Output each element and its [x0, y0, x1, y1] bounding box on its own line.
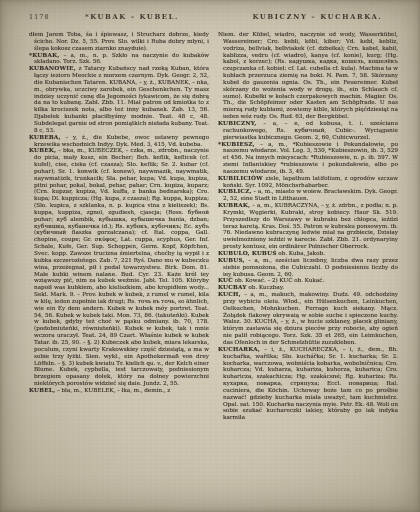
entry-text: – a, m., n. p. Szkło na naczynie do kuba…: [34, 53, 209, 66]
entry-text: Niem. der Kübel, wiadro, naczynie od wod…: [218, 32, 398, 120]
text-column-right: Niem. der Kübel, wiadro, naczynie od wod…: [218, 32, 398, 422]
page-text-block: 1178 *KUBAK – KUBEL. KUBICZNY – KUCHARKA…: [29, 13, 398, 422]
headword: *KUBIESZ,: [218, 142, 255, 148]
dictionary-entry: KUBRAK, – a, m., KUBRACZYNA, – y, ż. zdr…: [218, 203, 398, 251]
entry-text: – y, ż., die Kubebe, owoc ustawny pewneg…: [34, 135, 209, 148]
dictionary-entry: KUCH, – a, m., makuch, makowiny. Dudz. 4…: [218, 292, 398, 347]
entry-text: ob. Kuczbay.: [247, 285, 284, 291]
two-column-text: dłem Jarem Toba, śa i śpiewasz, i Struch…: [29, 32, 398, 422]
entry-text: ob. Kować. – 2) KUĆ ob. Kukać.: [233, 278, 324, 284]
headword: KUBUS,: [218, 258, 245, 264]
headword: KUBRAK,: [218, 203, 250, 209]
headword: KUBILICIÓW: [218, 176, 263, 182]
entry-text: – bka, m., KUBECZEK, – czka, m., zdrobn.…: [34, 148, 209, 387]
dictionary-entry: KUBEBA, – y, ż., die Kubebe, owoc ustawn…: [29, 135, 209, 149]
headword: KUCBAY: [218, 285, 247, 291]
dictionary-entry: Niem. der Kübel, wiadro, naczynie od wod…: [218, 32, 398, 121]
text-column-left: dłem Jarem Toba, śa i śpiewasz, i Struch…: [29, 32, 209, 422]
headword: KUBANOWIE,: [29, 66, 76, 72]
headword: KUBICZNY,: [218, 121, 257, 127]
headword: KUBEK,: [29, 148, 56, 154]
dictionary-entry: KUBLICZ, – a, m., miasto w woiew. Bracła…: [218, 189, 398, 203]
dictionary-entry: KUBUS, – a, m., sześcian liczebny, liczb…: [218, 258, 398, 279]
scanned-dictionary-page: 1178 *KUBAK – KUBEL. KUBICZNY – KUCHARKA…: [0, 0, 420, 512]
headword: KUĆ: [218, 278, 233, 284]
running-head-right: KUBICZNY – KUCHARKA.: [237, 13, 398, 21]
dictionary-entry: *KUBIESZ, – a, m., *Kubieszowie i Pokund…: [218, 142, 398, 176]
headword: KUCHARKA,: [218, 347, 260, 353]
entry-text: – bla, m., KUBELEK, – łka, m., demin., z: [55, 388, 170, 394]
entry-text: – a, m., KUBRACZYNA, – y, ż. zdrbn., z p…: [223, 203, 398, 250]
running-head: 1178 *KUBAK – KUBEL. KUBICZNY – KUCHARKA…: [29, 13, 398, 27]
entry-text: – a, m., makuch, makowiny. Dudz. 49. odc…: [223, 292, 398, 346]
headword: KUBULO, KUBUŚ: [218, 251, 277, 257]
dictionary-entry: KUCHARKA, – i, ż., KUCHARECZKA, – i, ż.,…: [218, 347, 398, 422]
entry-text: – a, m., sześcian liczebny, liczba dwa r…: [223, 258, 398, 278]
dictionary-entry: KUBANOWIE, z Tatarzy Kubańscy nad rzeką …: [29, 66, 209, 134]
running-head-left: *KUBAK – KUBEL.: [57, 13, 207, 21]
dictionary-entry: KUBILICIÓW ziele, lapathum latifolium, z…: [218, 176, 398, 190]
headword: KUBLICZ,: [218, 189, 252, 195]
entry-text: dłem Jarem Toba, śa i śpiewasz, i Struch…: [29, 32, 209, 52]
dictionary-entry: KUBULO, KUBUŚ ob. Kuba, Jakob.: [218, 251, 398, 258]
page-number: 1178: [29, 13, 57, 21]
dictionary-entry: KUBEK, – bka, m., KUBECZEK, – czka, m., …: [29, 148, 209, 388]
entry-text: – i, ż., KUCHARECZKA, – i, ż., dem., Bh.…: [223, 347, 398, 421]
entry-text: z Tatarzy Kubańscy nad rzeką Kuban, któr…: [34, 66, 209, 134]
dictionary-entry: *KUBAK, – a, m., n. p. Szkło na naczynie…: [29, 53, 209, 67]
headword: KUBEL,: [29, 388, 55, 394]
dictionary-entry: KUBICZNY, – a, – e, od kubusa, t. i. sze…: [218, 121, 398, 142]
headword: KUBEBA,: [29, 135, 61, 141]
dictionary-entry: dłem Jarem Toba, śa i śpiewasz, i Struch…: [29, 32, 209, 53]
entry-text: ob. Kuba, Jakob.: [277, 251, 325, 257]
headword: *KUBAK,: [29, 53, 60, 59]
headword: KUCH,: [218, 292, 241, 298]
dictionary-entry: KUBEL, – bla, m., KUBELEK, – łka, m., de…: [29, 388, 209, 395]
